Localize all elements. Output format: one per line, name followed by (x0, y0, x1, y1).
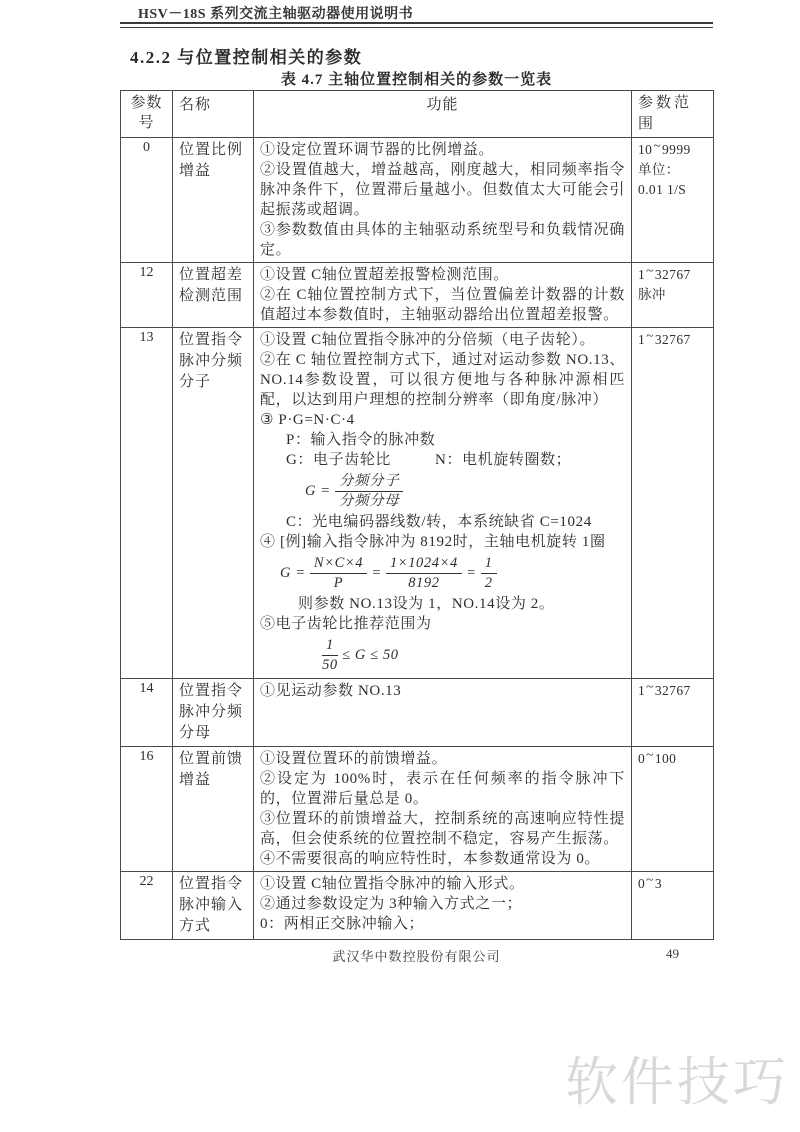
range-extra-line: 脉冲 (638, 285, 707, 305)
range-from: 1 (638, 332, 645, 347)
param-name: 位置比例增益 (173, 138, 254, 263)
example-line: ④ [例]输入指令脉冲为 8192时，主轴电机旋转 1圈 (260, 532, 625, 552)
fraction-denominator: P (310, 574, 367, 592)
table-row: 0 位置比例增益 ①设定位置环调节器的比例增益。 ②设置值越大，增益越高，刚度越… (121, 138, 714, 263)
range-tilde: ~ (652, 136, 662, 156)
example-formula: G = N×C×4P = 1×1024×48192 = 12 (280, 555, 625, 592)
param-name: 位置指令脉冲输入方式 (173, 872, 254, 940)
range-extra-line: 0.01 1/S (638, 180, 707, 200)
func-line: 0：两相正交脉冲输入； (260, 914, 625, 934)
param-name: 位置指令脉冲分频分子 (173, 328, 254, 679)
doc-header-title: HSV－18S 系列交流主轴驱动器使用说明书 (138, 3, 413, 23)
range-from: 1 (638, 267, 645, 282)
param-function-cell: ①设置 C轴位置指令脉冲的输入形式。 ②通过参数设定为 3种输入方式之一； 0：… (254, 872, 632, 940)
definition-g: G：电子齿轮比 (286, 452, 391, 468)
table-caption: 表 4.7 主轴位置控制相关的参数一览表 (120, 68, 713, 89)
param-id: 22 (121, 872, 173, 940)
range-tilde: ~ (645, 677, 655, 697)
param-function-cell: ①设置 C轴位置指令脉冲的分倍频（电子齿轮）。 ②在 C 轴位置控制方式下，通过… (254, 328, 632, 679)
header-divider (120, 22, 713, 28)
param-function-cell: ①设置位置环的前馈增益。 ②设定为 100%时，表示在任何频率的指令脉冲下的，位… (254, 747, 632, 872)
table-row: 22 位置指令脉冲输入方式 ①设置 C轴位置指令脉冲的输入形式。 ②通过参数设定… (121, 872, 714, 940)
table-row: 13 位置指令脉冲分频分子 ①设置 C轴位置指令脉冲的分倍频（电子齿轮）。 ②在… (121, 328, 714, 679)
fraction: N×C×4P (310, 555, 367, 592)
param-range-cell: 0~100 (632, 747, 714, 872)
param-function-cell: ①见运动参数 NO.13 (254, 679, 632, 747)
fraction-denominator: 分频分母 (335, 492, 403, 510)
func-line: ①设置位置环的前馈增益。 (260, 749, 625, 769)
parameters-table: 参数号 名称 功能 参数范围 0 位置比例增益 ①设定位置环调节器的比例增益。 … (120, 90, 714, 940)
section-heading: 4.2.2 与位置控制相关的参数 (130, 43, 362, 68)
fraction-numerator: 分频分子 (335, 473, 403, 492)
formula-lhs: G = (305, 483, 331, 499)
fraction-denominator: 2 (481, 574, 497, 592)
recommended-range-formula: 150 ≤ G ≤ 50 (322, 637, 625, 674)
fraction-numerator: 1×1024×4 (386, 555, 462, 574)
footer-company-name: 武汉华中数控股份有限公司 (120, 946, 713, 965)
param-function-cell: ①设定位置环调节器的比例增益。 ②设置值越大，增益越高，刚度越大，相同频率指令脉… (254, 138, 632, 263)
range-to: 3 (655, 876, 662, 891)
func-line: ③位置环的前馈增益大，控制系统的高速响应特性提高，但会使系统的位置控制不稳定，容… (260, 809, 625, 849)
fraction-denominator: 8192 (386, 574, 462, 592)
column-header-range: 参数范围 (632, 91, 714, 138)
page-number: 49 (666, 946, 679, 962)
table-row: 12 位置超差检测范围 ①设置 C轴位置超差报警检测范围。 ②在 C轴位置控制方… (121, 263, 714, 328)
func-line: ②设定为 100%时，表示在任何频率的指令脉冲下的，位置滞后量总是 0。 (260, 769, 625, 809)
param-id: 12 (121, 263, 173, 328)
range-to: 100 (655, 751, 676, 766)
gear-ratio-formula: G = 分频分子分频分母 (305, 473, 625, 510)
range-to: 32767 (655, 267, 691, 282)
fraction-numerator: 1 (322, 637, 338, 656)
range-from: 10 (638, 142, 652, 157)
definition-line-c: C：光电编码器线数/转，本系统缺省 C=1024 (260, 512, 625, 532)
func-line: ①设置 C轴位置指令脉冲的分倍频（电子齿轮）。 (260, 330, 625, 350)
func-line: ②通过参数设定为 3种输入方式之一； (260, 894, 625, 914)
func-line: ①设定位置环调节器的比例增益。 (260, 140, 625, 160)
range-tilde: ~ (645, 745, 655, 765)
fraction: 分频分子分频分母 (335, 473, 403, 510)
param-range-cell: 1~32767 (632, 328, 714, 679)
result-line: 则参数 NO.13设为 1，NO.14设为 2。 (260, 594, 625, 614)
range-from: 0 (638, 751, 645, 766)
func-line: ①见运动参数 NO.13 (260, 681, 625, 701)
range-extra-line: 单位： (638, 160, 707, 180)
definition-n: N：电机旋转圈数； (435, 452, 571, 468)
param-range-cell: 0~3 (632, 872, 714, 940)
equals-sign: = (466, 565, 476, 581)
fraction-denominator: 50 (322, 656, 338, 674)
func-line: ②设置值越大，增益越高，刚度越大，相同频率指令脉冲条件下，位置滞后量越小。但数值… (260, 160, 625, 220)
definition-line-p: P：输入指令的脉冲数 (260, 430, 625, 450)
fraction: 1×1024×48192 (386, 555, 462, 592)
param-range-cell: 1~32767 脉冲 (632, 263, 714, 328)
fraction: 12 (481, 555, 497, 592)
fraction-numerator: 1 (481, 555, 497, 574)
func-line: ②在 C轴位置控制方式下，当位置偏差计数器的计数值超过本参数值时，主轴驱动器给出… (260, 285, 625, 325)
param-id: 0 (121, 138, 173, 263)
func-line: ③ P·G=N·C·4 (260, 410, 625, 430)
range-to: 32767 (655, 683, 691, 698)
param-name: 位置指令脉冲分频分母 (173, 679, 254, 747)
func-line: ②在 C 轴位置控制方式下，通过对运动参数 NO.13、NO.14参数设置，可以… (260, 350, 625, 410)
range-to: 9999 (662, 142, 691, 157)
watermark-text: 软件技巧 (565, 1040, 789, 1116)
func-line: ①设置 C轴位置超差报警检测范围。 (260, 265, 625, 285)
param-range-cell: 1~32767 (632, 679, 714, 747)
param-name: 位置超差检测范围 (173, 263, 254, 328)
range-from: 0 (638, 876, 645, 891)
func-line: ①设置 C轴位置指令脉冲的输入形式。 (260, 874, 625, 894)
range-to: 32767 (655, 332, 691, 347)
document-page: HSV－18S 系列交流主轴驱动器使用说明书 4.2.2 与位置控制相关的参数 … (0, 0, 800, 1132)
column-header-param-id: 参数号 (121, 91, 173, 138)
range-tilde: ~ (645, 870, 655, 890)
column-header-function: 功能 (254, 91, 632, 138)
table-row: 16 位置前馈增益 ①设置位置环的前馈增益。 ②设定为 100%时，表示在任何频… (121, 747, 714, 872)
func-line: ④不需要很高的响应特性时，本参数通常设为 0。 (260, 849, 625, 869)
fraction: 150 (322, 637, 338, 674)
param-id: 14 (121, 679, 173, 747)
column-header-name: 名称 (173, 91, 254, 138)
param-id: 13 (121, 328, 173, 679)
formula-lhs: G = (280, 565, 306, 581)
param-range-cell: 10~9999 单位： 0.01 1/S (632, 138, 714, 263)
table-row: 14 位置指令脉冲分频分母 ①见运动参数 NO.13 1~32767 (121, 679, 714, 747)
param-function-cell: ①设置 C轴位置超差报警检测范围。 ②在 C轴位置控制方式下，当位置偏差计数器的… (254, 263, 632, 328)
table-header-row: 参数号 名称 功能 参数范围 (121, 91, 714, 138)
inequality-text: ≤ G ≤ 50 (342, 647, 399, 663)
param-name: 位置前馈增益 (173, 747, 254, 872)
range-from: 1 (638, 683, 645, 698)
range-tilde: ~ (645, 326, 655, 346)
func-line: ③参数数值由具体的主轴驱动系统型号和负载情况确定。 (260, 220, 625, 260)
fraction-numerator: N×C×4 (310, 555, 367, 574)
equals-sign: = (371, 565, 381, 581)
range-tilde: ~ (645, 261, 655, 281)
definition-line-gn: G：电子齿轮比N：电机旋转圈数； (260, 450, 625, 470)
func-line: ⑤电子齿轮比推荐范围为 (260, 614, 625, 634)
param-id: 16 (121, 747, 173, 872)
